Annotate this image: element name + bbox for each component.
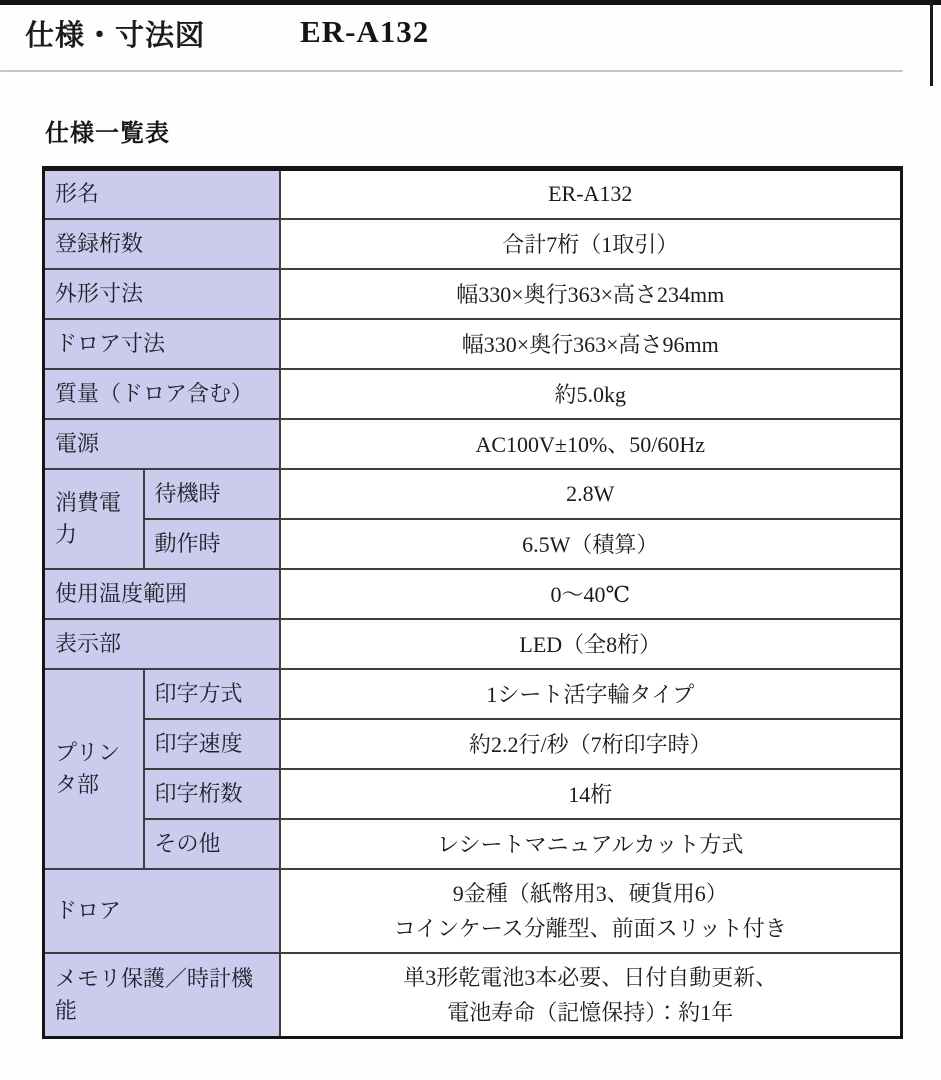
page-header: 仕様・寸法図 ER-A132 bbox=[25, 13, 905, 59]
spec-label-cell: 登録桁数 bbox=[44, 219, 280, 269]
spec-value-line: コインケース分離型、前面スリット付き bbox=[281, 911, 901, 946]
spec-row: ドロア9金種（紙幣用3、硬貨用6）コインケース分離型、前面スリット付き bbox=[44, 869, 902, 953]
spec-value-cell: 0～40℃ bbox=[280, 569, 902, 619]
spec-sheet-page: 仕様・寸法図 ER-A132 仕様一覧表 形名ER-A132登録桁数合計7桁（1… bbox=[0, 0, 941, 1080]
spec-row: 形名ER-A132 bbox=[44, 169, 902, 219]
page-title: 仕様・寸法図 bbox=[25, 13, 205, 54]
spec-label-cell: 表示部 bbox=[44, 619, 280, 669]
spec-label-cell: 外形寸法 bbox=[44, 269, 280, 319]
spec-table: 形名ER-A132登録桁数合計7桁（1取引）外形寸法幅330×奥行363×高さ2… bbox=[42, 166, 903, 1039]
spec-value-cell: 2.8W bbox=[280, 469, 902, 519]
spec-row: 電源AC100V±10%、50/60Hz bbox=[44, 419, 902, 469]
spec-row: メモリ保護／時計機能単3形乾電池3本必要、日付自動更新、電池寿命（記憶保持）：約… bbox=[44, 953, 902, 1038]
spec-value-cell: 幅330×奥行363×高さ96mm bbox=[280, 319, 902, 369]
spec-value-cell: LED（全8桁） bbox=[280, 619, 902, 669]
section-title: 仕様一覧表 bbox=[45, 113, 170, 148]
spec-label-cell: 消費電力 bbox=[44, 469, 144, 569]
spec-label-cell: メモリ保護／時計機能 bbox=[44, 953, 280, 1038]
spec-value-cell: 約2.2行/秒（7桁印字時） bbox=[280, 719, 902, 769]
spec-label-cell: 使用温度範囲 bbox=[44, 569, 280, 619]
top-border-bar bbox=[0, 0, 941, 5]
spec-row: 使用温度範囲0～40℃ bbox=[44, 569, 902, 619]
spec-row: プリンタ部印字方式1シート活字輪タイプ bbox=[44, 669, 902, 719]
spec-sublabel-cell: 印字桁数 bbox=[144, 769, 280, 819]
spec-value-cell: 合計7桁（1取引） bbox=[280, 219, 902, 269]
spec-sublabel-cell: 動作時 bbox=[144, 519, 280, 569]
spec-value-line: 9金種（紙幣用3、硬貨用6） bbox=[281, 876, 901, 911]
spec-value-line: 単3形乾電池3本必要、日付自動更新、 bbox=[281, 960, 901, 995]
header-divider bbox=[0, 70, 903, 72]
spec-label-cell: 質量（ドロア含む） bbox=[44, 369, 280, 419]
spec-row: 印字桁数14桁 bbox=[44, 769, 902, 819]
spec-label-cell: ドロア bbox=[44, 869, 280, 953]
spec-row: ドロア寸法幅330×奥行363×高さ96mm bbox=[44, 319, 902, 369]
spec-value-cell: 単3形乾電池3本必要、日付自動更新、電池寿命（記憶保持）：約1年 bbox=[280, 953, 902, 1038]
spec-value-cell: レシートマニュアルカット方式 bbox=[280, 819, 902, 869]
spec-table-body: 形名ER-A132登録桁数合計7桁（1取引）外形寸法幅330×奥行363×高さ2… bbox=[44, 169, 902, 1038]
spec-label-cell: プリンタ部 bbox=[44, 669, 144, 869]
spec-sublabel-cell: 印字速度 bbox=[144, 719, 280, 769]
spec-row: 外形寸法幅330×奥行363×高さ234mm bbox=[44, 269, 902, 319]
spec-label-cell: 形名 bbox=[44, 169, 280, 219]
spec-row: 質量（ドロア含む）約5.0kg bbox=[44, 369, 902, 419]
spec-row: 登録桁数合計7桁（1取引） bbox=[44, 219, 902, 269]
spec-sublabel-cell: 印字方式 bbox=[144, 669, 280, 719]
spec-value-cell: 14桁 bbox=[280, 769, 902, 819]
spec-label-cell: ドロア寸法 bbox=[44, 319, 280, 369]
spec-value-cell: 1シート活字輪タイプ bbox=[280, 669, 902, 719]
spec-value-cell: AC100V±10%、50/60Hz bbox=[280, 419, 902, 469]
spec-sublabel-cell: その他 bbox=[144, 819, 280, 869]
spec-value-cell: 約5.0kg bbox=[280, 369, 902, 419]
spec-sublabel-cell: 待機時 bbox=[144, 469, 280, 519]
spec-row: その他レシートマニュアルカット方式 bbox=[44, 819, 902, 869]
page-edge-line bbox=[930, 0, 933, 86]
spec-row: 消費電力待機時2.8W bbox=[44, 469, 902, 519]
spec-row: 印字速度約2.2行/秒（7桁印字時） bbox=[44, 719, 902, 769]
spec-row: 表示部LED（全8桁） bbox=[44, 619, 902, 669]
spec-value-cell: 9金種（紙幣用3、硬貨用6）コインケース分離型、前面スリット付き bbox=[280, 869, 902, 953]
spec-value-cell: 6.5W（積算） bbox=[280, 519, 902, 569]
spec-row: 動作時6.5W（積算） bbox=[44, 519, 902, 569]
spec-value-cell: 幅330×奥行363×高さ234mm bbox=[280, 269, 902, 319]
spec-label-cell: 電源 bbox=[44, 419, 280, 469]
spec-value-line: 電池寿命（記憶保持）：約1年 bbox=[281, 995, 901, 1030]
spec-value-cell: ER-A132 bbox=[280, 169, 902, 219]
model-number: ER-A132 bbox=[300, 14, 429, 50]
